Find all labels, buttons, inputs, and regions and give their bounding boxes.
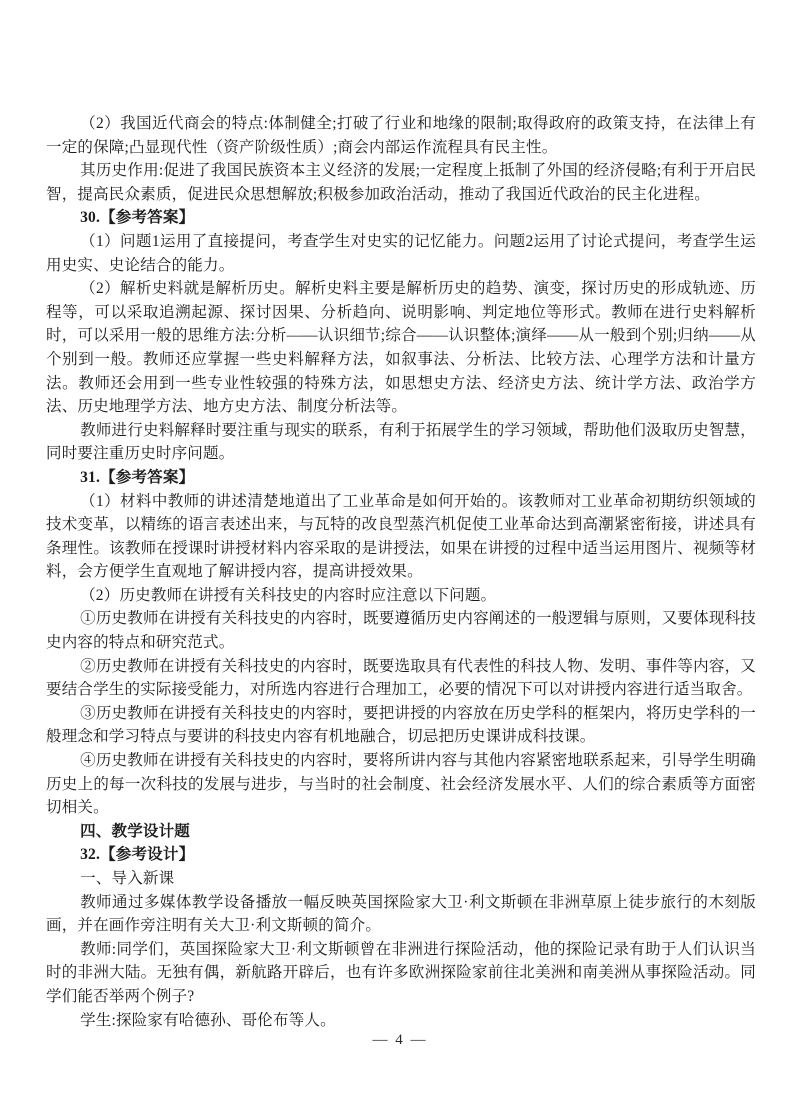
- paragraph-answer31-part1: （1）材料中教师的讲述清楚地道出了工业革命是如何开始的。该教师对工业革命初期纺织…: [46, 490, 756, 584]
- paragraph-answer31-part2-intro: （2）历史教师在讲授有关科技史的内容时应注意以下问题。: [46, 584, 756, 608]
- paragraph-answer30-part2: （2）解析史料就是解析历史。解析史料主要是解析历史的趋势、演变，探讨历史的形成轨…: [46, 277, 756, 419]
- paragraph-answer31-point1: ①历史教师在讲授有关科技史的内容时，既要遵循历史内容阐述的一般逻辑与原则，又要体…: [46, 607, 756, 654]
- paragraph-answer30-note: 教师进行史料解释时要注重与现实的联系，有利于拓展学生的学习领域，帮助他们汲取历史…: [46, 419, 756, 466]
- paragraph-answer31-point2: ②历史教师在讲授有关科技史的内容时，既要选取具有代表性的科技人物、发明、事件等内…: [46, 655, 756, 702]
- heading-lesson-intro: 一、导入新课: [46, 867, 756, 891]
- page-number: — 4 —: [0, 1032, 800, 1049]
- paragraph-answer30-part1: （1）问题1运用了直接提问，考查学生对史实的记忆能力。问题2运用了讨论式提问，考…: [46, 230, 756, 277]
- heading-section-4: 四、教学设计题: [46, 820, 756, 844]
- paragraph-teacher-dialogue: 教师:同学们，英国探险家大卫·利文斯顿曾在非洲进行探险活动，他的探险记录有助于人…: [46, 938, 756, 1009]
- paragraph-answer29-part2: （2）我国近代商会的特点:体制健全;打破了行业和地缘的限制;取得政府的政策支持，…: [46, 112, 756, 159]
- paragraph-answer31-point3: ③历史教师在讲授有关科技史的内容时，要把讲授的内容放在历史学科的框架内，将历史学…: [46, 702, 756, 749]
- scanned-document-page: （2）我国近代商会的特点:体制健全;打破了行业和地缘的限制;取得政府的政策支持，…: [0, 0, 800, 1108]
- heading-answer-30: 30.【参考答案】: [46, 206, 756, 230]
- paragraph-design-intro: 教师通过多媒体教学设备播放一幅反映英国探险家大卫·利文斯顿在非洲草原上徒步旅行的…: [46, 891, 756, 938]
- paragraph-student-dialogue: 学生:探险家有哈德孙、哥伦布等人。: [46, 1009, 756, 1033]
- document-content: （2）我国近代商会的特点:体制健全;打破了行业和地缘的限制;取得政府的政策支持，…: [46, 112, 756, 1032]
- heading-design-32: 32.【参考设计】: [46, 843, 756, 867]
- heading-answer-31: 31.【参考答案】: [46, 466, 756, 490]
- paragraph-answer31-point4: ④历史教师在讲授有关科技史的内容时，要将所讲内容与其他内容紧密地联系起来，引导学…: [46, 749, 756, 820]
- paragraph-historical-role: 其历史作用:促进了我国民族资本主义经济的发展;一定程度上抵制了外国的经济侵略;有…: [46, 159, 756, 206]
